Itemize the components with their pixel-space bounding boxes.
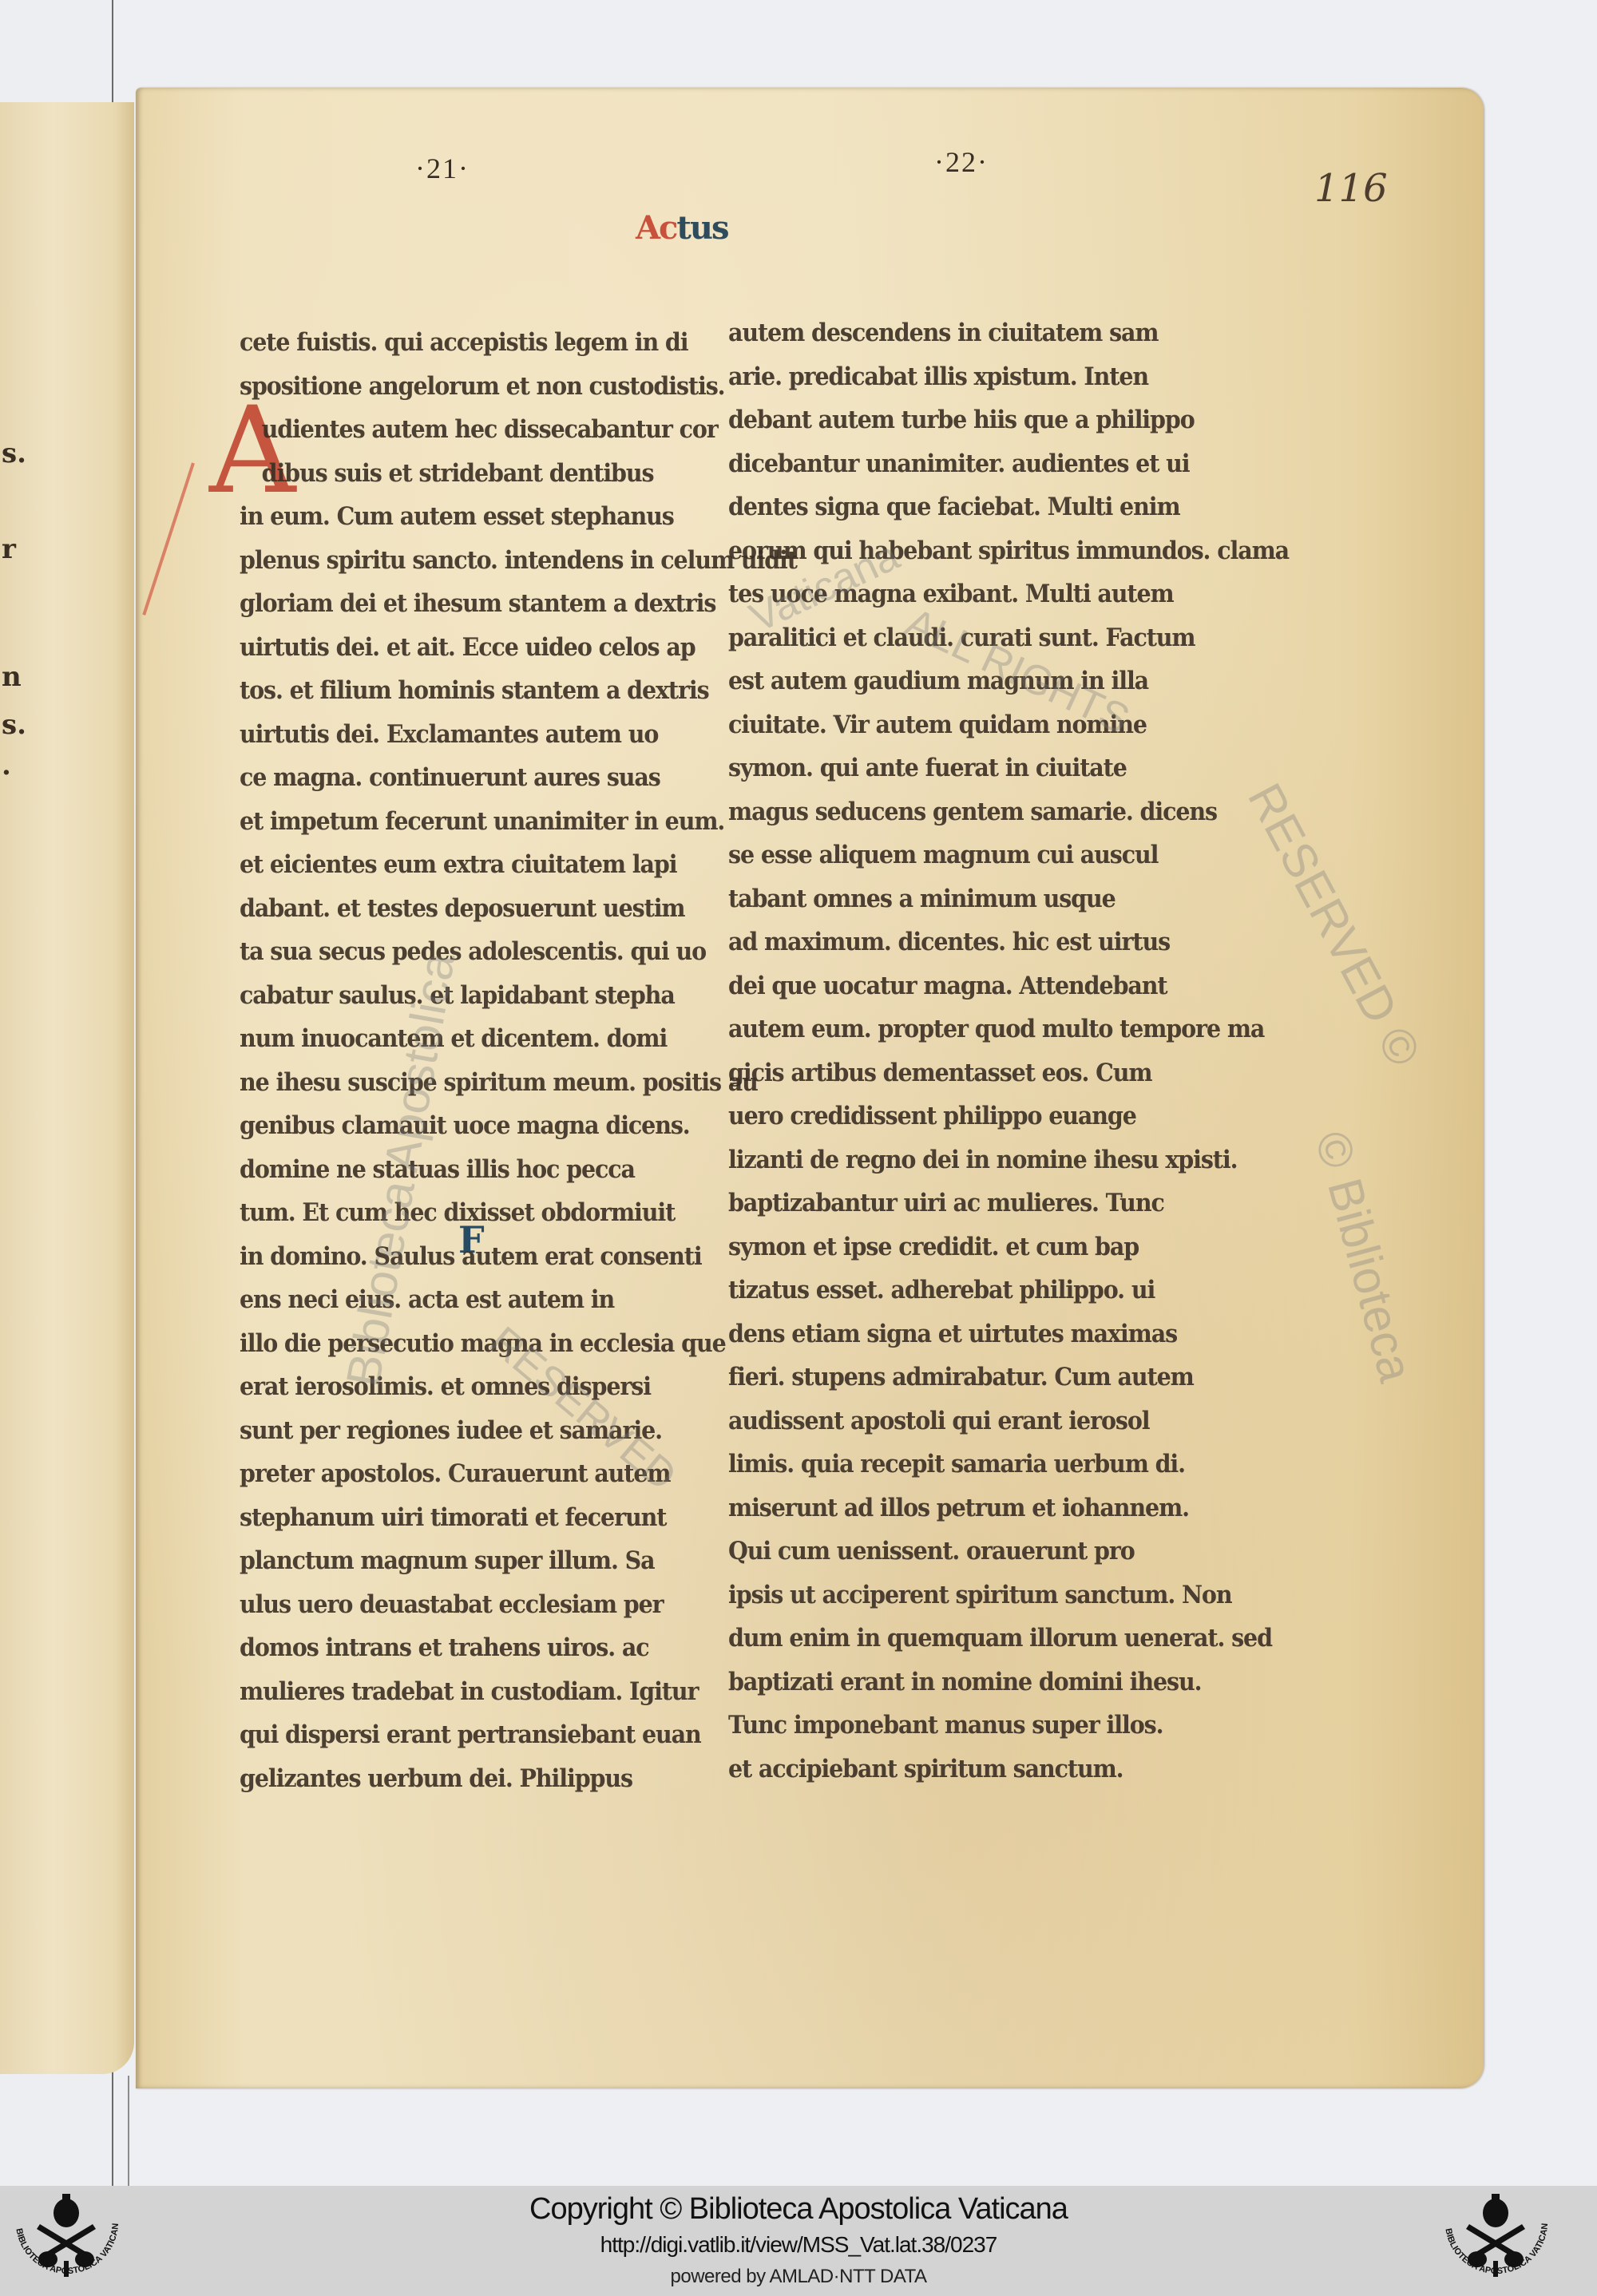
powered-by-text: powered by AMLAD·NTT DATA [0, 2266, 1597, 2288]
verso-text-fragment: s. [2, 437, 26, 469]
watermark-text: RESERVED © [1237, 774, 1432, 1075]
text-line: tum. Et cum hec dixisset obdormiuit [240, 1191, 680, 1235]
text-line: uirtutis dei. Exclamantes autem uo [240, 713, 680, 757]
text-line: domos intrans et trahens uiros. ac [240, 1626, 680, 1670]
folio-number: 116 [1314, 166, 1388, 211]
text-line: in domino. Saulus autem erat consenti [240, 1235, 680, 1279]
text-line: dabant. et testes deposuerunt uestim [240, 887, 680, 931]
text-line: symon et ipse credidit. et cum bap [728, 1225, 1169, 1269]
text-line: debant autem turbe hiis que a philippo [728, 398, 1169, 442]
text-column-right: autem descendens in ciuitatem sam arie. … [728, 311, 1207, 1791]
copyright-text: Copyright © Biblioteca Apostolica Vatica… [0, 2192, 1597, 2227]
text-line: magus seducens gentem samarie. dicens [728, 790, 1169, 834]
text-line: num inuocantem et dicentem. domi [240, 1017, 680, 1061]
text-line: dei que uocatur magna. Attendebant [728, 964, 1169, 1008]
text-line: illo die persecutio magna in ecclesia qu… [240, 1322, 680, 1366]
text-line: limis. quia recepit samaria uerbum di. [728, 1443, 1169, 1486]
text-line: gicis artibus dementasset eos. Cum [728, 1051, 1169, 1095]
text-line: in eum. Cum autem esset stephanus [240, 495, 680, 539]
text-column-left: cete fuistis. qui accepistis legem in di… [240, 321, 719, 1800]
copyright-footer: BIBLIOTECA APOSTOLICA VATICANA Copyright… [0, 2186, 1597, 2296]
text-line: udientes autem hec dissecabantur cor [240, 408, 680, 452]
running-head-part-red: Ac [636, 209, 676, 247]
text-line: gelizantes uerbum dei. Philippus [240, 1757, 680, 1801]
text-line: ipsis ut acciperent spiritum sanctum. No… [728, 1574, 1169, 1617]
vatican-library-logo-icon: BIBLIOTECA APOSTOLICA VATICANA [1436, 2191, 1555, 2294]
text-line: autem descendens in ciuitatem sam [728, 311, 1169, 355]
text-line: planctum magnum super illum. Sa [240, 1539, 680, 1583]
quire-mark-left: ·21· [415, 152, 470, 185]
text-line: ulus uero deuastabat ecclesiam per [240, 1583, 680, 1627]
recto-page: ·21· ·22· 116 Actus A F cete fuistis. qu… [136, 88, 1484, 2088]
text-line: arie. predicabat illis xpistum. Inten [728, 355, 1169, 399]
text-line: et eicientes eum extra ciuitatem lapi [240, 843, 680, 887]
text-line: autem eum. propter quod multo tempore ma [728, 1007, 1169, 1051]
text-line: plenus spiritu sancto. intendens in celu… [240, 539, 680, 583]
text-line: ens neci eius. acta est autem in [240, 1278, 680, 1322]
text-line: tizatus esset. adherebat philippo. ui [728, 1269, 1169, 1312]
text-line: ce magna. continuerunt aures suas [240, 756, 680, 800]
text-line: baptizabantur uiri ac mulieres. Tunc [728, 1182, 1169, 1225]
verso-text-fragment: n [2, 661, 22, 693]
text-line: Qui cum uenissent. orauerunt pro [728, 1530, 1169, 1574]
running-head: Actus [636, 209, 727, 247]
text-line: audissent apostoli qui erant ierosol [728, 1399, 1169, 1443]
text-line: lizanti de regno dei in nomine ihesu xpi… [728, 1138, 1169, 1182]
text-line: dicebantur unanimiter. audientes et ui [728, 442, 1169, 486]
text-line: tos. et filium hominis stantem a dextris [240, 669, 680, 713]
text-line: miserunt ad illos petrum et iohannem. [728, 1486, 1169, 1530]
manuscript-url-link[interactable]: http://digi.vatlib.it/view/MSS_Vat.lat.3… [0, 2232, 1597, 2258]
text-line: symon. qui ante fuerat in ciuitate [728, 746, 1169, 790]
text-line: stephanum uiri timorati et fecerunt [240, 1496, 680, 1540]
binding-gutter-lower [128, 2076, 129, 2186]
initial-flourish [142, 462, 195, 615]
text-line: domine ne statuas illis hoc pecca [240, 1148, 680, 1192]
text-line: cete fuistis. qui accepistis legem in di [240, 321, 680, 365]
text-line: eorum qui habebant spiritus immundos. cl… [728, 529, 1169, 573]
verso-text-fragment: s. [2, 709, 26, 741]
text-line: mulieres tradebat in custodiam. Igitur [240, 1670, 680, 1714]
manuscript-viewer: s. r n s. · ·21· ·22· 116 Actus A F cete… [0, 0, 1597, 2186]
text-line: genibus clamauit uoce magna dicens. [240, 1104, 680, 1148]
text-line: spositione angelorum et non custodistis. [240, 365, 680, 409]
text-line: fieri. stupens admirabatur. Cum autem [728, 1356, 1169, 1399]
text-line: qui dispersi erant pertransiebant euan [240, 1713, 680, 1757]
text-line: dibus suis et stridebant dentibus [240, 452, 680, 496]
text-line: dentes signa que faciebat. Multi enim [728, 485, 1169, 529]
text-line: et accipiebant spiritum sanctum. [728, 1748, 1169, 1791]
watermark-text: © Biblioteca [1304, 1126, 1424, 1387]
text-line: Tunc imponebant manus super illos. [728, 1704, 1169, 1748]
text-line: ne ihesu suscipe spiritum meum. positis … [240, 1061, 680, 1105]
quire-mark-right: ·22· [934, 145, 989, 179]
text-line: ad maximum. dicentes. hic est uirtus [728, 920, 1169, 964]
verso-page-fragment: s. r n s. · [0, 102, 134, 2074]
text-line: tabant omnes a minimum usque [728, 877, 1169, 921]
text-line: baptizati erant in nomine domini ihesu. [728, 1661, 1169, 1704]
running-head-part-blue: tus [676, 209, 727, 247]
text-line: erat ierosolimis. et omnes dispersi [240, 1365, 680, 1409]
text-line: uirtutis dei. et ait. Ecce uideo celos a… [240, 626, 680, 670]
text-line: et impetum fecerunt unanimiter in eum. [240, 800, 680, 844]
text-line: se esse aliquem magnum cui auscul [728, 833, 1169, 877]
verso-text-fragment: · [2, 757, 11, 789]
text-line: dens etiam signa et uirtutes maximas [728, 1312, 1169, 1356]
text-line: dum enim in quemquam illorum uenerat. se… [728, 1617, 1169, 1661]
verso-text-fragment: r [2, 533, 16, 565]
text-line: gloriam dei et ihesum stantem a dextris [240, 582, 680, 626]
text-line: uero credidissent philippo euange [728, 1095, 1169, 1138]
